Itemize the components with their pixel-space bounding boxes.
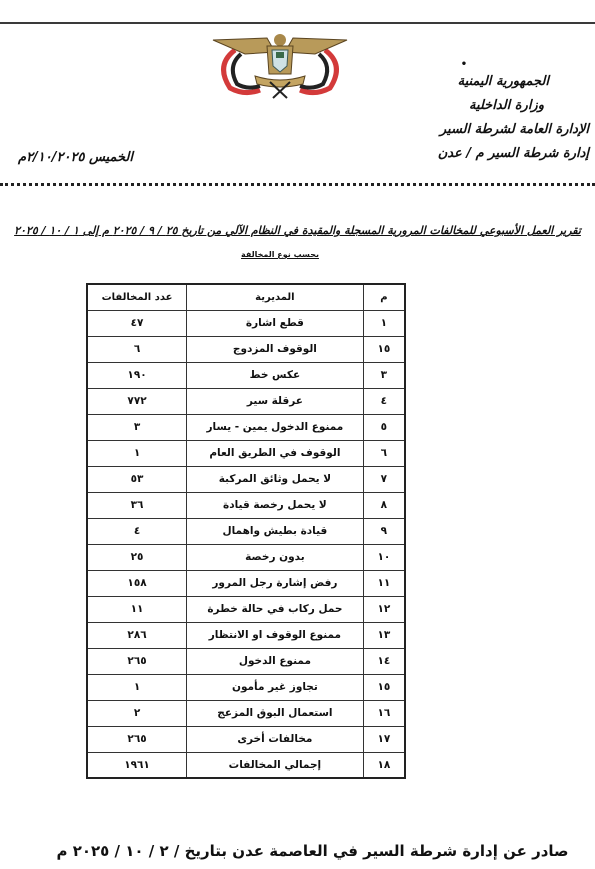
table-row: ١٢حمل ركاب في حالة خطرة١١ [87, 596, 405, 622]
row-count: ١٩٦١ [87, 752, 187, 778]
row-num: ١١ [363, 570, 405, 596]
row-name: الوقوف في الطريق العام [187, 440, 364, 466]
row-num: ١ [363, 310, 405, 336]
row-name: استعمال البوق المزعج [187, 700, 364, 726]
row-count: ٢٦٥ [87, 726, 187, 752]
row-num: ١٥ [363, 336, 405, 362]
ministry-name: وزارة الداخلية [389, 94, 589, 118]
table-row: ١٠بدون رخصة٢٥ [87, 544, 405, 570]
row-name: إجمالي المخالفات [187, 752, 364, 778]
row-count: ١ [87, 674, 187, 700]
table-row: ٥ممنوع الدخول يمين - يسار٣ [87, 414, 405, 440]
row-count: ٣٦ [87, 492, 187, 518]
table-row: ٧لا يحمل وثائق المركبة٥٣ [87, 466, 405, 492]
row-name: رفض إشارة رجل المرور [187, 570, 364, 596]
table-row: ٣عكس خط١٩٠ [87, 362, 405, 388]
table-row: ١٥الوقوف المزدوج٦ [87, 336, 405, 362]
row-count: ٧٧٢ [87, 388, 187, 414]
row-name: قطع اشارة [187, 310, 364, 336]
row-name: عكس خط [187, 362, 364, 388]
row-name: تجاوز غير مأمون [187, 674, 364, 700]
report-title: تقرير العمل الأسبوعي للمخالفات المرورية … [0, 224, 595, 237]
letterhead: • الجمهورية اليمنية وزارة الداخلية الإدا… [389, 60, 589, 166]
row-count: ١ [87, 440, 187, 466]
header-count: عدد المخالفات [87, 284, 187, 310]
row-name: عرقلة سير [187, 388, 364, 414]
row-name: ممنوع الدخول يمين - يسار [187, 414, 364, 440]
row-name: لا يحمل وثائق المركبة [187, 466, 364, 492]
row-num: ١٥ [363, 674, 405, 700]
row-num: ١٢ [363, 596, 405, 622]
row-num: ٩ [363, 518, 405, 544]
row-count: ٣ [87, 414, 187, 440]
general-directorate: الإدارة العامة لشرطة السير [389, 118, 589, 142]
country-name: الجمهورية اليمنية [389, 70, 589, 94]
table-row: ١قطع اشارة٤٧ [87, 310, 405, 336]
table-row: ١١رفض إشارة رجل المرور١٥٨ [87, 570, 405, 596]
row-count: ٥٣ [87, 466, 187, 492]
table-row: ٤عرقلة سير٧٧٢ [87, 388, 405, 414]
row-name: حمل ركاب في حالة خطرة [187, 596, 364, 622]
violations-table: م المديرية عدد المخالفات ١قطع اشارة٤٧ ١٥… [86, 283, 406, 779]
row-num: ٦ [363, 440, 405, 466]
row-num: ١٨ [363, 752, 405, 778]
row-num: ١٦ [363, 700, 405, 726]
table-total-row: ١٨إجمالي المخالفات١٩٦١ [87, 752, 405, 778]
row-name: قيادة بطيش واهمال [187, 518, 364, 544]
row-count: ٦ [87, 336, 187, 362]
row-num: ٥ [363, 414, 405, 440]
row-name: ممنوع الوقوف او الانتظار [187, 622, 364, 648]
department-name: إدارة شرطة السير م / عدن [389, 142, 589, 166]
header-dot: • [339, 60, 589, 70]
table-row: ٨لا يحمل رخصة قيادة٣٦ [87, 492, 405, 518]
row-num: ١٠ [363, 544, 405, 570]
table-row: ٩قيادة بطيش واهمال٤ [87, 518, 405, 544]
row-num: ١٣ [363, 622, 405, 648]
top-border-line [0, 22, 595, 24]
row-count: ٢٦٥ [87, 648, 187, 674]
emblem-icon [205, 30, 355, 100]
row-num: ١٧ [363, 726, 405, 752]
row-count: ٢٨٦ [87, 622, 187, 648]
row-count: ٢ [87, 700, 187, 726]
dotted-divider [0, 183, 595, 186]
row-num: ٣ [363, 362, 405, 388]
row-count: ٤٧ [87, 310, 187, 336]
header-num: م [363, 284, 405, 310]
row-num: ١٤ [363, 648, 405, 674]
row-count: ١٥٨ [87, 570, 187, 596]
row-num: ٧ [363, 466, 405, 492]
row-name: الوقوف المزدوج [187, 336, 364, 362]
table-row: ١٥تجاوز غير مأمون١ [87, 674, 405, 700]
table-row: ١٤ممنوع الدخول٢٦٥ [87, 648, 405, 674]
issued-by-footer: صادر عن إدارة شرطة السير في العاصمة عدن … [0, 842, 595, 860]
table-row: ١٧مخالفات أخرى٢٦٥ [87, 726, 405, 752]
table-row: ١٣ممنوع الوقوف او الانتظار٢٨٦ [87, 622, 405, 648]
row-count: ١٩٠ [87, 362, 187, 388]
table-row: ١٦استعمال البوق المزعج٢ [87, 700, 405, 726]
row-num: ٤ [363, 388, 405, 414]
row-name: لا يحمل رخصة قيادة [187, 492, 364, 518]
row-name: بدون رخصة [187, 544, 364, 570]
table-row: ٦الوقوف في الطريق العام١ [87, 440, 405, 466]
report-subtitle: بحسب نوع المخالفة [240, 250, 320, 259]
row-name: ممنوع الدخول [187, 648, 364, 674]
row-num: ٨ [363, 492, 405, 518]
table-header-row: م المديرية عدد المخالفات [87, 284, 405, 310]
header-name: المديرية [187, 284, 364, 310]
row-count: ٢٥ [87, 544, 187, 570]
document-date: الخميس ٢/١٠/٢٠٢٥م [18, 150, 133, 165]
row-count: ١١ [87, 596, 187, 622]
row-count: ٤ [87, 518, 187, 544]
row-name: مخالفات أخرى [187, 726, 364, 752]
